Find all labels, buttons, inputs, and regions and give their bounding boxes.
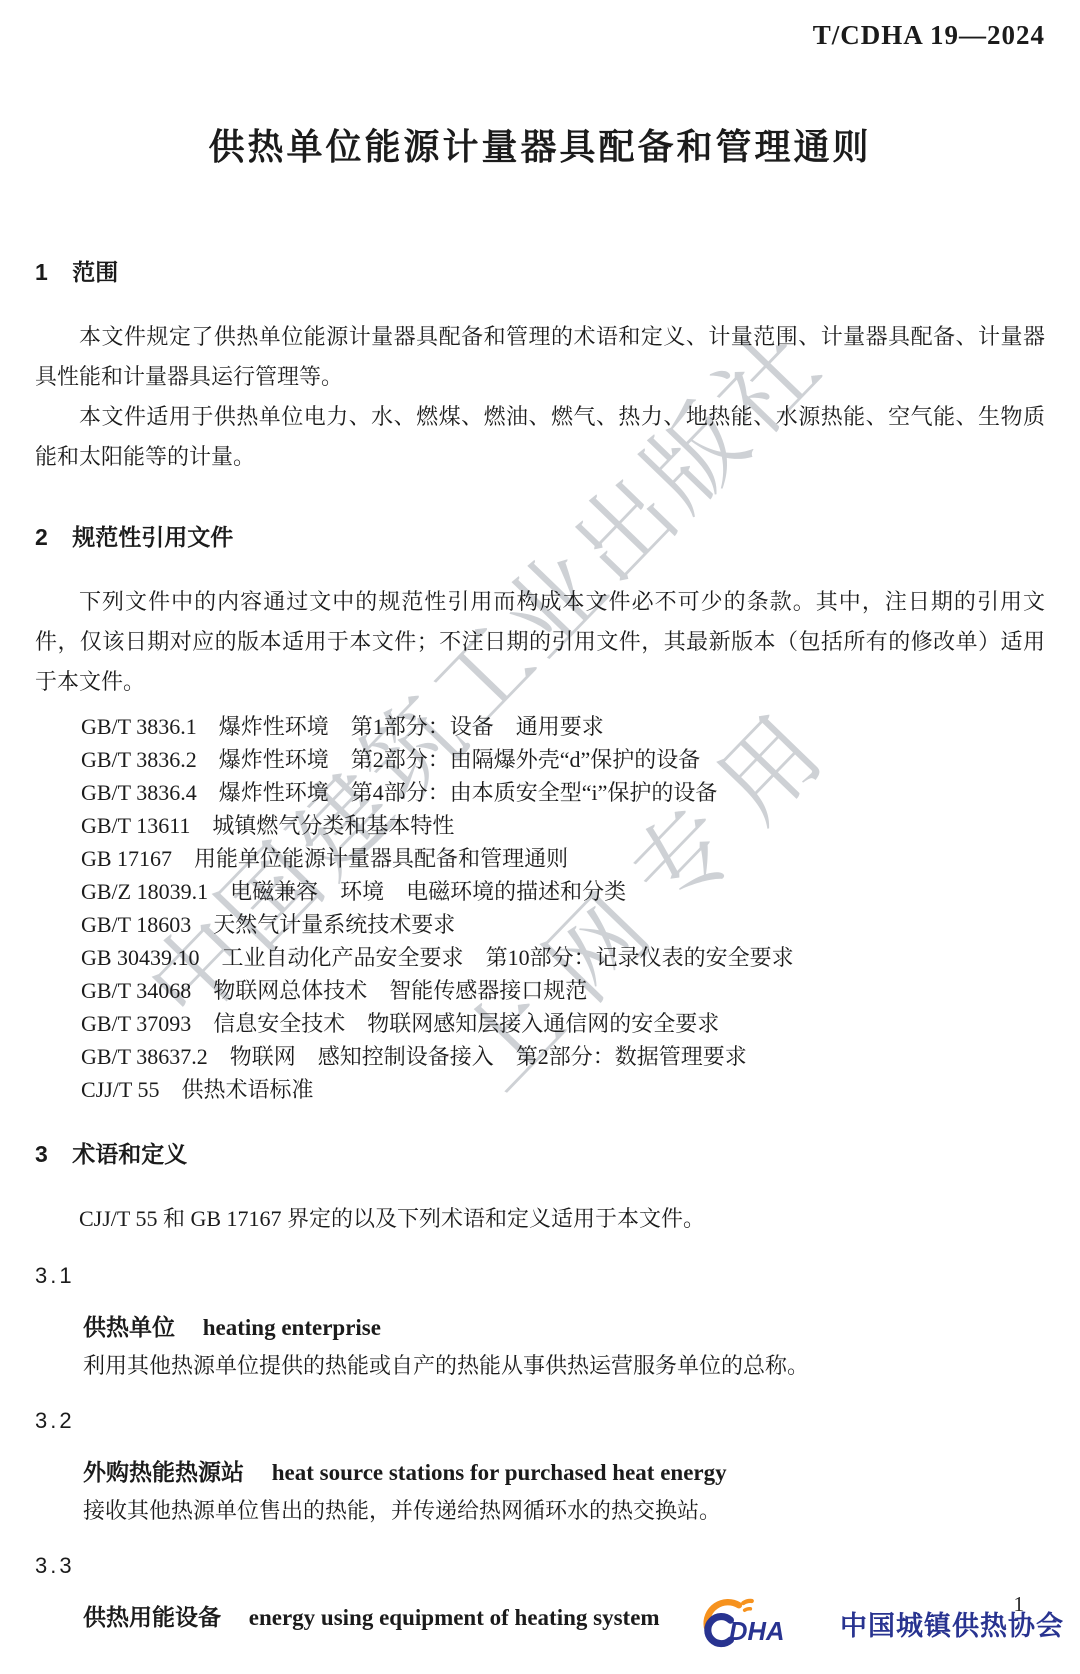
term-name-zh: 外购热能热源站 bbox=[83, 1459, 244, 1485]
reference-item: GB/Z 18039.1 电磁兼容 环境 电磁环境的描述和分类 bbox=[35, 875, 1045, 908]
term-name-zh: 供热用能设备 bbox=[83, 1604, 221, 1630]
terms-intro: CJJ/T 55 和 GB 17167 界定的以及下列术语和定义适用于本文件。 bbox=[35, 1199, 1045, 1239]
reference-item: GB/T 38637.2 物联网 感知控制设备接入 第2部分：数据管理要求 bbox=[35, 1040, 1045, 1073]
term-definition: 利用其他热源单位提供的热能或自产的热能从事供热运营服务单位的总称。 bbox=[35, 1348, 1045, 1384]
cdha-logo-text: DHA bbox=[729, 1618, 784, 1646]
term-heading: 外购热能热源站 heat source stations for purchas… bbox=[35, 1454, 1045, 1487]
term-name-zh: 供热单位 bbox=[83, 1314, 175, 1340]
reference-item: GB 17167 用能单位能源计量器具配备和管理通则 bbox=[35, 842, 1045, 875]
section-2-label: 规范性引用文件 bbox=[72, 524, 233, 550]
reference-item: GB/T 13611 城镇燃气分类和基本特性 bbox=[35, 809, 1045, 842]
term-name-en: energy using equipment of heating system bbox=[249, 1605, 660, 1630]
page-number: 1 bbox=[1014, 1592, 1025, 1617]
term-number: 3.3 bbox=[35, 1553, 1045, 1579]
section-1-heading: 1 范围 bbox=[35, 254, 1045, 287]
reference-list: GB/T 3836.1 爆炸性环境 第1部分：设备 通用要求 GB/T 3836… bbox=[35, 710, 1045, 1106]
scope-paragraph-1: 本文件规定了供热单位能源计量器具配备和管理的术语和定义、计量范围、计量器具配备、… bbox=[35, 317, 1045, 397]
refs-intro: 下列文件中的内容通过文中的规范性引用而构成本文件必不可少的条款。其中，注日期的引… bbox=[35, 582, 1045, 702]
cdha-logo-icon: DHA bbox=[702, 1584, 830, 1662]
org-name: 中国城镇供热协会 bbox=[840, 1604, 1064, 1643]
reference-item: GB/T 3836.2 爆炸性环境 第2部分：由隔爆外壳“d”保护的设备 bbox=[35, 743, 1045, 776]
reference-item: GB/T 3836.1 爆炸性环境 第1部分：设备 通用要求 bbox=[35, 710, 1045, 743]
reference-item: CJJ/T 55 供热术语标准 bbox=[35, 1073, 1045, 1106]
term-name-en: heat source stations for purchased heat … bbox=[272, 1460, 727, 1485]
term-name-en: heating enterprise bbox=[203, 1315, 381, 1340]
section-3-number: 3 bbox=[35, 1141, 48, 1167]
document-content: T/CDHA 19—2024 供热单位能源计量器具配备和管理通则 1 范围 本文… bbox=[35, 0, 1045, 1632]
doc-code: T/CDHA 19—2024 bbox=[35, 0, 1045, 51]
document-page: 中国建筑工业出版社 上网专用 T/CDHA 19—2024 供热单位能源计量器具… bbox=[0, 0, 1080, 1674]
term-number: 3.1 bbox=[35, 1263, 1045, 1289]
section-3-heading: 3 术语和定义 bbox=[35, 1136, 1045, 1169]
footer: DHA 中国城镇供热协会 bbox=[702, 1584, 1064, 1662]
reference-item: GB/T 34068 物联网总体技术 智能传感器接口规范 bbox=[35, 974, 1045, 1007]
section-2-heading: 2 规范性引用文件 bbox=[35, 519, 1045, 552]
reference-item: GB/T 3836.4 爆炸性环境 第4部分：由本质安全型“i”保护的设备 bbox=[35, 776, 1045, 809]
section-1-label: 范围 bbox=[72, 259, 118, 285]
term-definition: 接收其他热源单位售出的热能，并传递给热网循环水的热交换站。 bbox=[35, 1493, 1045, 1529]
section-3-label: 术语和定义 bbox=[72, 1141, 187, 1167]
section-2-number: 2 bbox=[35, 524, 48, 550]
term-heading: 供热单位 heating enterprise bbox=[35, 1309, 1045, 1342]
term-number: 3.2 bbox=[35, 1408, 1045, 1434]
reference-item: GB 30439.10 工业自动化产品安全要求 第10部分：记录仪表的安全要求 bbox=[35, 941, 1045, 974]
reference-item: GB/T 37093 信息安全技术 物联网感知层接入通信网的安全要求 bbox=[35, 1007, 1045, 1040]
section-1-number: 1 bbox=[35, 259, 48, 285]
page-title: 供热单位能源计量器具配备和管理通则 bbox=[35, 119, 1045, 170]
reference-item: GB/T 18603 天然气计量系统技术要求 bbox=[35, 908, 1045, 941]
scope-paragraph-2: 本文件适用于供热单位电力、水、燃煤、燃油、燃气、热力、地热能、水源热能、空气能、… bbox=[35, 397, 1045, 477]
